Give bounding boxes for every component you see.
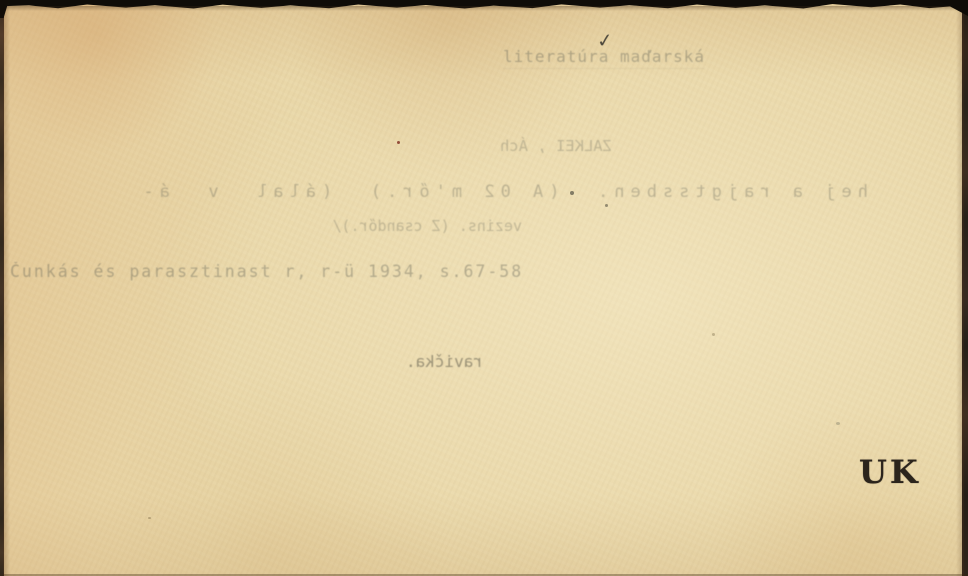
paper-speck <box>605 204 608 207</box>
bleedthrough-citation-line: Čunkás és parasztinast r, r-ü 1934, s.67… <box>10 262 524 281</box>
scan-edge-top-shadow <box>0 6 968 11</box>
paper-speck <box>397 141 400 144</box>
paper-speck <box>570 191 574 195</box>
scan-edge-right-shadow <box>956 0 964 576</box>
catalog-card-scan: literatúra maďarská ✓ ZALKEI , Ách hej a… <box>0 0 968 576</box>
bleedthrough-note-line: ravička. <box>381 352 483 371</box>
scan-edge-left-shadow <box>3 0 10 576</box>
library-stamp-uk: UK <box>859 453 921 491</box>
check-mark-icon: ✓ <box>596 29 614 53</box>
paper-speck <box>712 333 715 336</box>
bleedthrough-title-line-2: vezins. (Z csandőr.)/ <box>360 217 522 235</box>
bleedthrough-title-line-1: hej a rajgtssben. (A 02 m'őr.) (álal v á… <box>4 182 868 202</box>
bleedthrough-author-line: ZALKEI , Ách <box>510 137 612 155</box>
paper-speck <box>836 422 840 425</box>
paper-speck <box>148 517 151 519</box>
